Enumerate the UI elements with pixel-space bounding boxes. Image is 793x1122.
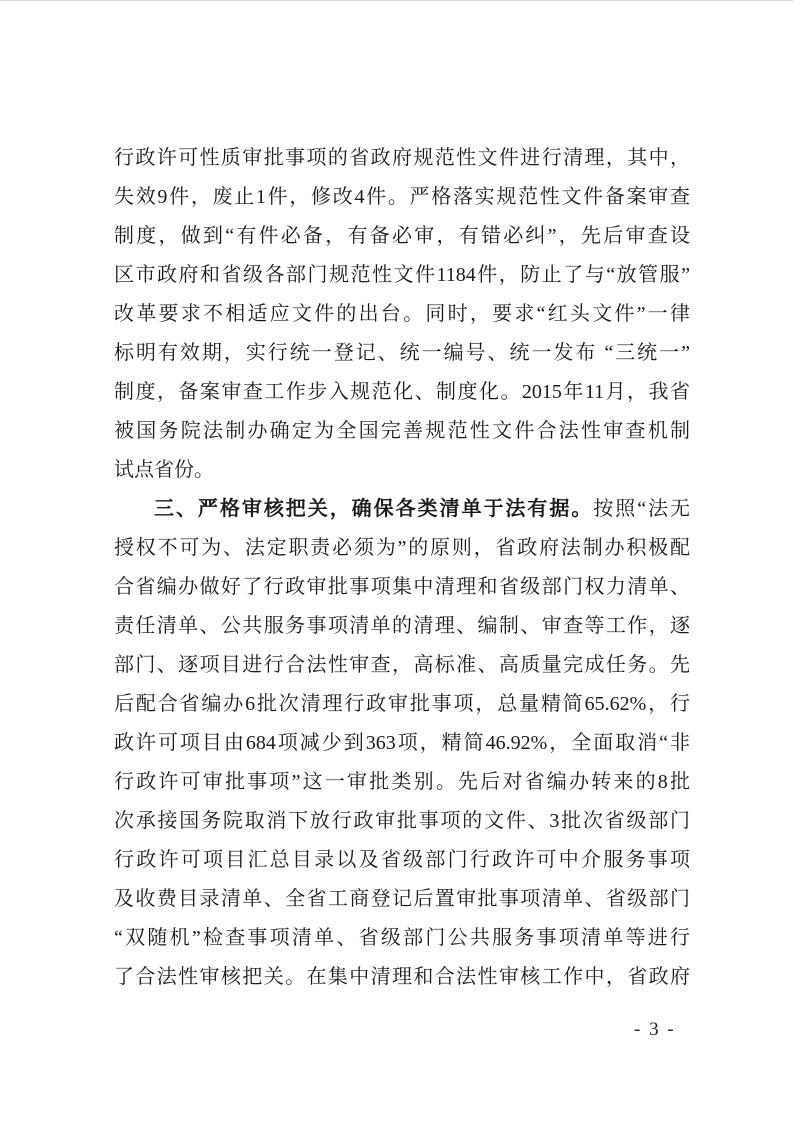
text-line: 试点省份。 — [114, 451, 690, 490]
text-line: 政许可项目由684项减少到363项，精简46.92%，全面取消“非 — [114, 724, 690, 763]
page-number: - 3 - — [634, 1019, 676, 1041]
text-line: 合省编办做好了行政审批事项集中清理和省级部门权力清单、 — [114, 568, 690, 607]
body-text: 被国务院法制办确定为全国完善规范性文件合法性审查机制 — [114, 420, 690, 442]
text-line: 被国务院法制办确定为全国完善规范性文件合法性审查机制 — [114, 412, 690, 451]
text-block: 行政许可性质审批事项的省政府规范性文件进行清理，其中，失效9件，废止1件，修改4… — [114, 139, 690, 997]
body-text: 改革要求不相适应文件的出台。同时，要求“红头文件”一律 — [114, 303, 690, 325]
text-line: 次承接国务院取消下放行政审批事项的文件、3批次省级部门 — [114, 802, 690, 841]
body-text: 试点省份。 — [114, 459, 214, 481]
body-text: 按照“法无 — [593, 498, 690, 520]
text-line: 行政许可审批事项”这一审批类别。先后对省编办转来的8批 — [114, 763, 690, 802]
text-line: 了合法性审核把关。在集中清理和合法性审核工作中，省政府 — [114, 958, 690, 997]
body-text: 行政许可审批事项”这一审批类别。先后对省编办转来的8批 — [114, 771, 690, 793]
text-line: 行政许可性质审批事项的省政府规范性文件进行清理，其中， — [114, 139, 690, 178]
text-line: 改革要求不相适应文件的出台。同时，要求“红头文件”一律 — [114, 295, 690, 334]
section-heading-text: 三、严格审核把关，确保各类清单于法有据。 — [154, 498, 593, 520]
text-line: 后配合省编办6批次清理行政审批事项，总量精简65.62%，行 — [114, 685, 690, 724]
text-line: 部门、逐项目进行合法性审查，高标准、高质量完成任务。先 — [114, 646, 690, 685]
text-line: 制度，做到“有件必备，有备必审，有错必纠”，先后审查设 — [114, 217, 690, 256]
body-text: 区市政府和省级各部门规范性文件1184件，防止了与“放管服” — [114, 264, 690, 286]
body-text: 了合法性审核把关。在集中清理和合法性审核工作中，省政府 — [114, 966, 690, 988]
text-line: 标明有效期，实行统一登记、统一编号、统一发布 “三统一” — [114, 334, 690, 373]
text-line: “双随机”检查事项清单、省级部门公共服务事项清单等进行 — [114, 919, 690, 958]
body-text: 政许可项目由684项减少到363项，精简46.92%，全面取消“非 — [114, 732, 690, 754]
text-line: 行政许可项目汇总目录以及省级部门行政许可中介服务事项 — [114, 841, 690, 880]
text-line: 区市政府和省级各部门规范性文件1184件，防止了与“放管服” — [114, 256, 690, 295]
body-text: 标明有效期，实行统一登记、统一编号、统一发布 “三统一” — [114, 342, 690, 364]
text-line: 授权不可为、法定职责必须为”的原则，省政府法制办积极配 — [114, 529, 690, 568]
body-text: 失效9件，废止1件，修改4件。严格落实规范性文件备案审查 — [114, 186, 690, 208]
body-text: 行政许可性质审批事项的省政府规范性文件进行清理，其中， — [114, 147, 690, 169]
body-text: 授权不可为、法定职责必须为”的原则，省政府法制办积极配 — [114, 537, 690, 559]
text-line: 失效9件，废止1件，修改4件。严格落实规范性文件备案审查 — [114, 178, 690, 217]
text-line: 制度，备案审查工作步入规范化、制度化。2015年11月，我省 — [114, 373, 690, 412]
body-text: 责任清单、公共服务事项清单的清理、编制、审查等工作，逐 — [114, 615, 690, 637]
text-line: 及收费目录清单、全省工商登记后置审批事项清单、省级部门 — [114, 880, 690, 919]
body-text: 合省编办做好了行政审批事项集中清理和省级部门权力清单、 — [114, 576, 690, 598]
body-text: 后配合省编办6批次清理行政审批事项，总量精简65.62%，行 — [114, 693, 690, 715]
heading-line: 三、严格审核把关，确保各类清单于法有据。按照“法无 — [114, 490, 690, 529]
body-text: “双随机”检查事项清单、省级部门公共服务事项清单等进行 — [114, 927, 690, 949]
body-text: 制度，备案审查工作步入规范化、制度化。2015年11月，我省 — [114, 381, 690, 403]
text-line: 责任清单、公共服务事项清单的清理、编制、审查等工作，逐 — [114, 607, 690, 646]
scan-edge-artifact — [0, 0, 793, 1]
body-text: 行政许可项目汇总目录以及省级部门行政许可中介服务事项 — [114, 849, 690, 871]
body-text: 及收费目录清单、全省工商登记后置审批事项清单、省级部门 — [114, 888, 690, 910]
body-text: 次承接国务院取消下放行政审批事项的文件、3批次省级部门 — [114, 810, 690, 832]
document-page: 行政许可性质审批事项的省政府规范性文件进行清理，其中，失效9件，废止1件，修改4… — [0, 0, 793, 1122]
body-text: 制度，做到“有件必备，有备必审，有错必纠”，先后审查设 — [114, 225, 690, 247]
body-text: 部门、逐项目进行合法性审查，高标准、高质量完成任务。先 — [114, 654, 690, 676]
